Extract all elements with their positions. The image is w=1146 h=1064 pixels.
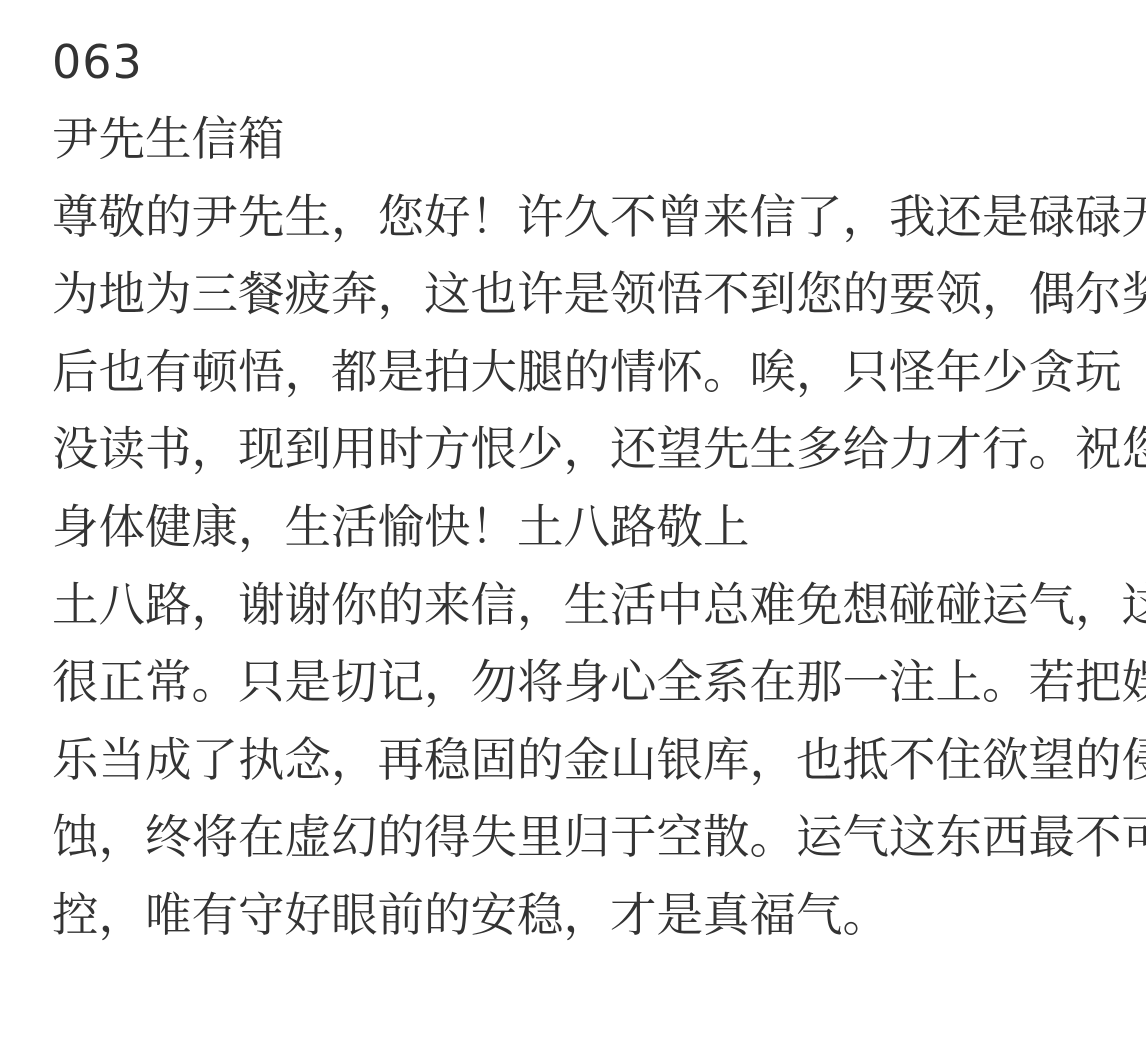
reader-letter: 尊敬的尹先生，您好！许久不曾来信了，我还是碌碌无 为地为三餐疲奔，这也许是领悟不… xyxy=(52,179,1146,567)
reply-line: 土八路，谢谢你的来信，生活中总难免想碰碰运气，这 xyxy=(52,567,1146,645)
column-title: 尹先生信箱 xyxy=(52,101,1146,179)
letter-page: 063 尹先生信箱 尊敬的尹先生，您好！许久不曾来信了，我还是碌碌无 为地为三餐… xyxy=(52,32,1146,955)
reply-line: 蚀，终将在虚幻的得失里归于空散。运气这东西最不可 xyxy=(52,799,1146,877)
letter-line: 尊敬的尹先生，您好！许久不曾来信了，我还是碌碌无 xyxy=(52,179,1146,257)
reply-line: 乐当成了执念，再稳固的金山银库，也抵不住欲望的侵 xyxy=(52,722,1146,800)
letter-line: 身体健康，生活愉快！土八路敬上 xyxy=(52,489,1146,567)
reply-letter: 土八路，谢谢你的来信，生活中总难免想碰碰运气，这 很正常。只是切记，勿将身心全系… xyxy=(52,567,1146,955)
letter-line: 没读书，现到用时方恨少，还望先生多给力才行。祝您 xyxy=(52,411,1146,489)
letter-line: 后也有顿悟，都是拍大腿的情怀。唉，只怪年少贪玩 xyxy=(52,334,1146,412)
reply-line: 控，唯有守好眼前的安稳，才是真福气。 xyxy=(52,877,1146,955)
column-number: 063 xyxy=(52,32,1146,92)
letter-line: 为地为三餐疲奔，这也许是领悟不到您的要领，偶尔奖 xyxy=(52,256,1146,334)
reply-line: 很正常。只是切记，勿将身心全系在那一注上。若把娱 xyxy=(52,644,1146,722)
